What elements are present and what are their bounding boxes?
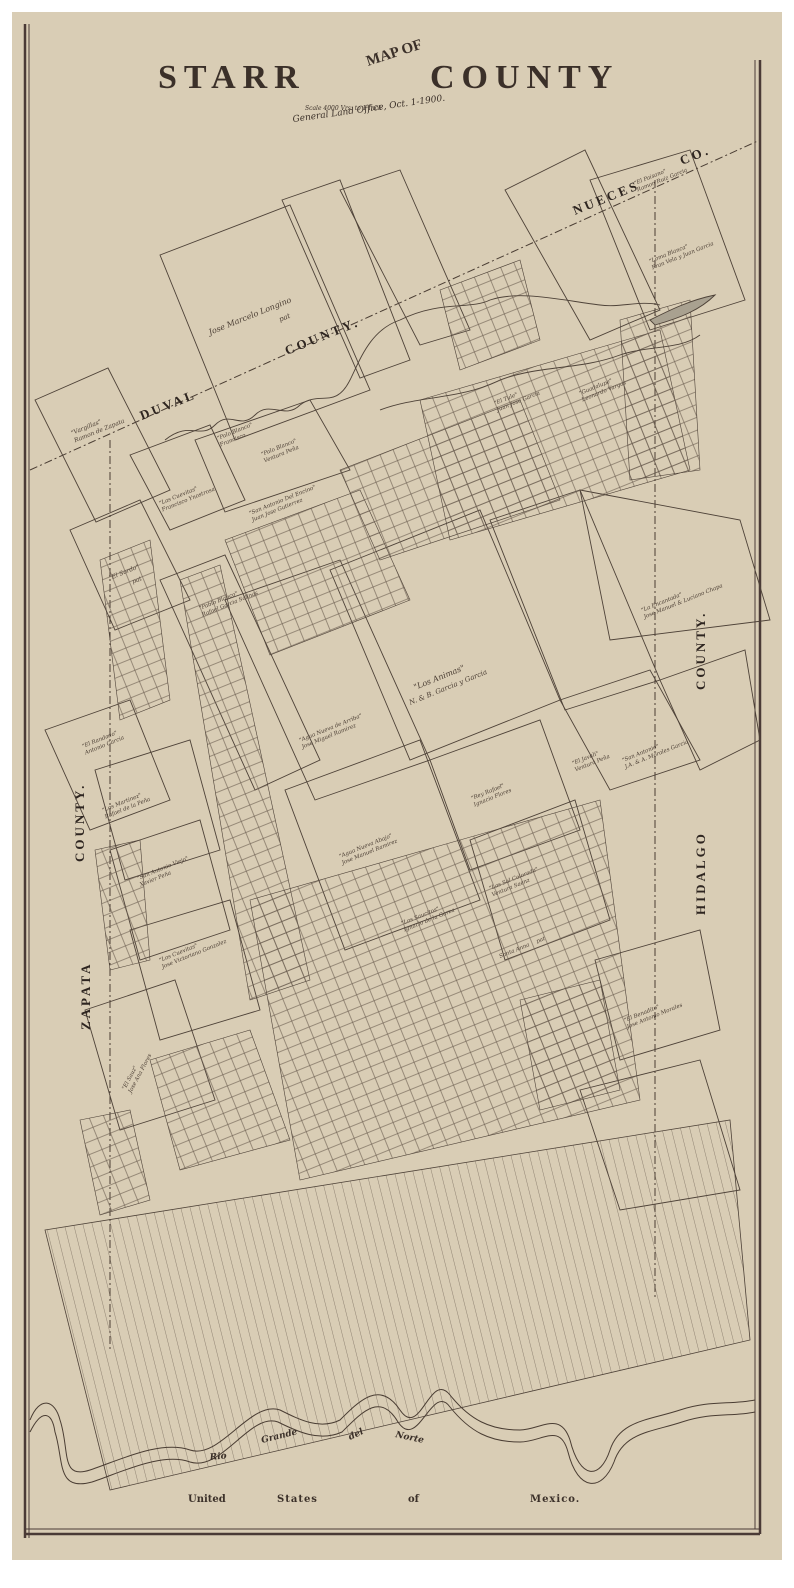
svg-text:States: States <box>277 1494 318 1505</box>
svg-text:of: of <box>408 1494 420 1505</box>
title-county: COUNTY <box>430 59 619 96</box>
label-zapata-county: COUNTY. <box>72 783 87 862</box>
svg-text:United: United <box>188 1494 226 1505</box>
title-starr: STARR <box>158 59 306 96</box>
svg-text:Rio: Rio <box>208 1451 227 1463</box>
starr-county-map[interactable]: MAP OF STARR COUNTY Scale 4000 Vrs. to 1… <box>0 0 794 1588</box>
label-zapata: ZAPATA <box>78 961 93 1030</box>
svg-text:Mexico.: Mexico. <box>530 1494 580 1505</box>
label-hidalgo: HIDALGO <box>693 831 708 915</box>
label-hidalgo-county: COUNTY. <box>693 611 708 690</box>
